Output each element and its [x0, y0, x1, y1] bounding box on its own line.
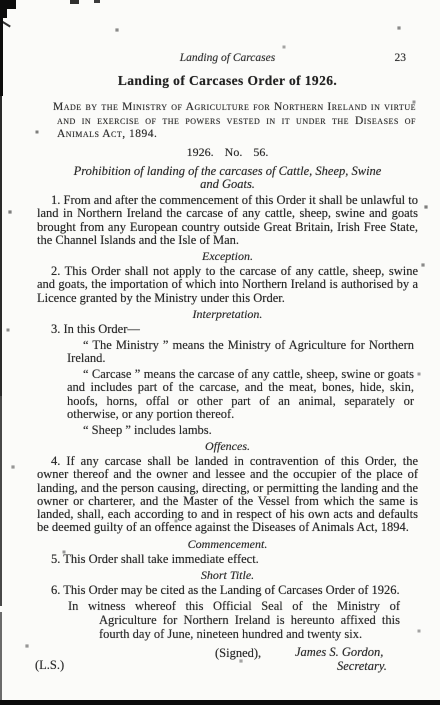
article-6: 6. This Order may be cited as the Landin… [37, 584, 418, 597]
article-1: 1. From and after the commencement of th… [37, 194, 418, 247]
scan-edge-left-artifact [0, 396, 2, 606]
scan-corner-blob-artifact [0, 0, 7, 18]
article-2: 2. This Order shall not apply to the car… [37, 265, 418, 305]
scan-edge-left-artifact [0, 612, 2, 700]
section-heading-commencement: Commencement. [37, 538, 418, 551]
definition-carcase: “ Carcase ” means the carcase of any cat… [67, 368, 414, 421]
witness-clause: In witness whereof this Official Seal of… [99, 600, 400, 641]
section-heading-short-title: Short Title. [37, 569, 418, 582]
article-4: 4. If any carcase shall be landed in con… [37, 455, 418, 535]
signature-block: (Signed), James S. Gordon, (L.S.) Secret… [37, 646, 418, 692]
page-number: 23 [395, 52, 407, 64]
scan-top-edge-artifact [70, 0, 79, 4]
scan-bottom-edge-artifact [0, 700, 440, 705]
definition-sheep: “ Sheep ” includes lambs. [67, 424, 414, 437]
preamble: Made by the Ministry of Agriculture for … [41, 101, 416, 142]
signed-label: (Signed), [215, 646, 261, 661]
document-page: Landing of Carcases 23 Landing of Carcas… [0, 0, 440, 705]
signature-name: James S. Gordon, [295, 645, 383, 660]
section-heading-interpretation: Interpretation. [37, 308, 418, 321]
scan-noise-specks [0, 0, 2, 2]
article-3-intro: 3. In this Order— [37, 323, 418, 336]
seal-mark: (L.S.) [35, 658, 64, 673]
definition-ministry: “ The Ministry ” means the Ministry of A… [67, 339, 414, 366]
section-heading-exception: Exception. [37, 250, 418, 263]
section-heading-offences: Offences. [37, 440, 418, 453]
order-number: 1926. No. 56. [37, 145, 418, 160]
running-header-title: Landing of Carcases [180, 52, 275, 64]
subject-heading: Prohibition of landing of the carcases o… [37, 165, 418, 192]
article-5: 5. This Order shall take immediate effec… [37, 553, 418, 566]
scan-top-edge-artifact [94, 0, 100, 3]
secretary-label: Secretary. [337, 659, 387, 674]
document-title: Landing of Carcases Order of 1926. [37, 73, 418, 89]
scan-edge-left-artifact [0, 96, 2, 396]
running-header: Landing of Carcases 23 [37, 52, 418, 64]
